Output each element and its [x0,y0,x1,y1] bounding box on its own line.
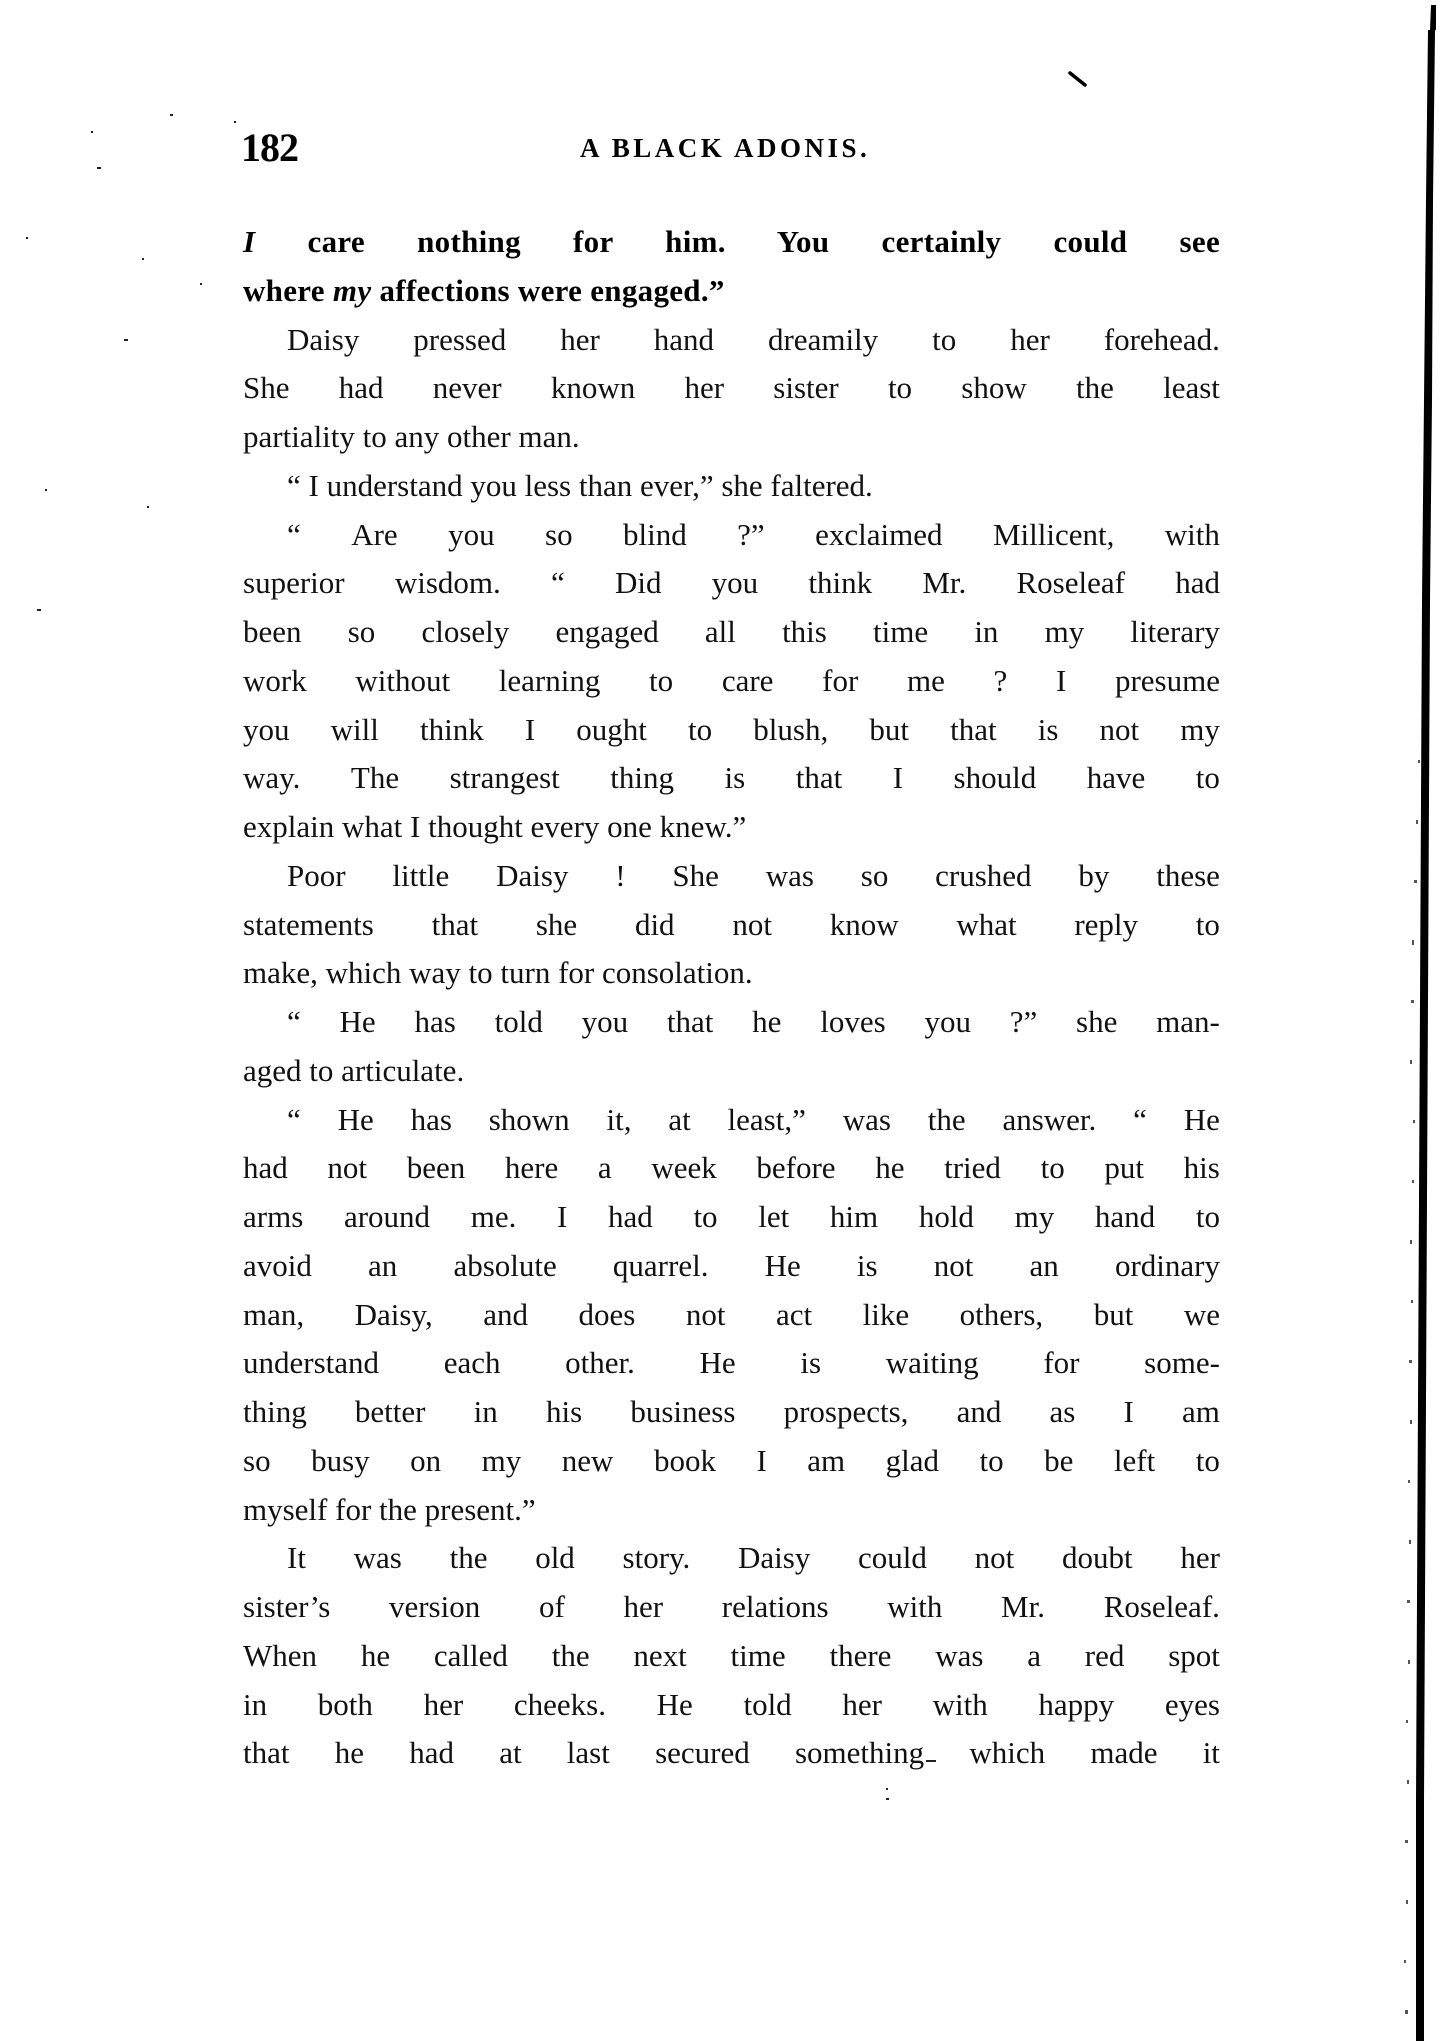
word: blush, [753,706,828,755]
word: presume [1115,657,1220,706]
text-line: superiorwisdom.“DidyouthinkMr.Roseleafha… [243,559,1220,608]
word: red [1085,1632,1125,1681]
word: has [414,998,455,1047]
word: was [843,1096,891,1145]
word: he [361,1632,390,1681]
word: is [800,1339,821,1388]
stray-ink-mark [1068,70,1088,88]
word: but [869,706,909,755]
word: her [1180,1534,1220,1583]
text-line: make, which way to turn for consolation. [243,949,1220,998]
speck [147,506,149,508]
justified-line: Whenhecalledthenexttimetherewasaredspot [243,1632,1220,1681]
justified-line: PoorlittleDaisy!Shewassocrushedbythese [287,852,1220,901]
text-line: statementsthatshedidnotknowwhatreplyto [243,901,1220,950]
text-line: workwithoutlearningtocareforme?Ipresume [243,657,1220,706]
word: does [579,1291,636,1340]
word: without [355,657,450,706]
italic-word: I [243,224,255,259]
word: thing [243,1388,307,1437]
word: will [331,706,379,755]
justified-line: workwithoutlearningtocareforme?Ipresume [243,657,1220,706]
word: blind [623,511,687,560]
speck [886,1788,888,1790]
word: you [448,511,495,560]
word: like [863,1291,910,1340]
word: He [657,1681,693,1730]
body-text: I care nothing for him. You certainly co… [243,218,1220,1778]
word: to [1196,754,1220,803]
word: sister’s [243,1583,330,1632]
justified-line: thathehadatlastsecuredsomethingwhichmade… [243,1729,1220,1778]
word: me. [471,1193,517,1242]
word: ? [994,657,1008,706]
word: his [546,1388,582,1437]
word: to [693,1193,717,1242]
word: did [635,901,675,950]
word: loves [820,998,885,1047]
word: of [539,1583,565,1632]
word: He [338,1096,374,1145]
word: around [344,1193,430,1242]
word: not [975,1534,1015,1583]
word: to [1196,1437,1220,1486]
text-line: Shehadneverknownhersistertoshowtheleast [243,364,1220,413]
word: he [752,998,781,1047]
word: doubt [1062,1534,1133,1583]
word: it [1203,1729,1220,1778]
word: so [348,608,376,657]
word: shown [489,1096,570,1145]
text-line: avoidanabsolutequarrel.Heisnotanordinary [243,1242,1220,1291]
text-line: myself for the present.” [243,1486,1220,1535]
speck [170,114,173,116]
word: act [776,1291,812,1340]
word: this [782,608,827,657]
word: had [608,1193,653,1242]
word: She [243,364,290,413]
word: for [1043,1339,1079,1388]
text-line: where my affections were engaged.” [243,267,1220,316]
speck [234,121,236,123]
word: so [861,852,889,901]
word: there [829,1632,891,1681]
word: all [705,608,736,657]
speck [124,339,128,341]
word: It [287,1534,306,1583]
word: I [1056,657,1066,706]
word: ! [615,852,625,901]
justified-line: inbothhercheeks.Hetoldherwithhappyeyes [243,1681,1220,1730]
page-number: 182 [241,126,298,170]
word: in [474,1388,498,1437]
justified-line: Daisypressedherhanddreamilytoherforehead… [287,316,1220,365]
word: He [1184,1096,1220,1145]
text-line: I care nothing for him. You certainly co… [243,218,1220,267]
word: was [354,1534,402,1583]
justified-line: superiorwisdom.“DidyouthinkMr.Roseleafha… [243,559,1220,608]
word: relations [722,1583,829,1632]
word: He [340,998,376,1047]
word: so [243,1437,271,1486]
word: wisdom. [395,559,501,608]
word: with [933,1681,988,1730]
word: his [1184,1144,1220,1193]
word: the [928,1096,966,1145]
word: eyes [1165,1681,1220,1730]
word: busy [311,1437,370,1486]
text-line: understandeachother.Heiswaitingforsome- [243,1339,1220,1388]
word: statements [243,901,374,950]
word: other. [565,1339,635,1388]
speck [91,131,93,133]
word: Are [351,511,397,560]
word: I [557,1193,567,1242]
speck [97,167,101,169]
word: let [758,1193,789,1242]
word: that [667,998,714,1047]
justified-line: way.ThestrangestthingisthatIshouldhaveto [243,754,1220,803]
word: and [483,1291,528,1340]
word: understand [243,1339,379,1388]
text-line: thingbetterinhisbusinessprospects,andasI… [243,1388,1220,1437]
word: her [1010,316,1050,365]
word: ?” [1010,998,1038,1047]
text-line: Whenhecalledthenexttimetherewasaredspot [243,1632,1220,1681]
word: have [1087,754,1146,803]
word: to [932,316,956,365]
word: care [722,657,774,706]
word: a [1027,1632,1041,1681]
running-head: 182 A BLACK ADONIS. [0,126,1456,170]
word: The [351,754,399,803]
word: these [1156,852,1220,901]
word: avoid [243,1242,312,1291]
text-line: “Hehasshownit,atleast,”wastheanswer.“He [243,1096,1220,1145]
word: “ [287,1096,301,1145]
text-line: sobusyonmynewbookIamgladtobeleftto [243,1437,1220,1486]
word: had [409,1729,454,1778]
word: spot [1168,1632,1220,1681]
word: ?” [737,511,765,560]
speck [37,609,41,611]
word: “ [287,511,301,560]
word: something [795,1729,924,1778]
word: not [327,1144,367,1193]
word: he [875,1144,904,1193]
speck [142,258,144,260]
word: was [766,852,814,901]
word: the [1076,364,1114,413]
justified-line: avoidanabsolutequarrel.Heisnotanordinary [243,1242,1220,1291]
word: he [335,1729,364,1778]
word: glad [886,1437,939,1486]
speck [45,489,47,491]
word: with [887,1583,942,1632]
text-line: “ I understand you less than ever,” she … [243,462,1220,511]
word: in [243,1681,267,1730]
word: had [243,1144,288,1193]
word: not [1100,706,1140,755]
word: not [934,1242,974,1291]
word: as [1050,1388,1076,1437]
word: others, [960,1291,1044,1340]
running-title: A BLACK ADONIS. [580,130,890,166]
word: story. [623,1534,691,1583]
word: show [961,364,1026,413]
word: and [957,1388,1002,1437]
word: could [858,1534,927,1583]
word: by [1078,852,1109,901]
word: at [668,1096,690,1145]
word: Daisy [738,1534,810,1583]
word: Daisy, [355,1291,433,1340]
word: my [1180,706,1220,755]
word: am [1182,1388,1220,1437]
word: ought [576,706,647,755]
word: better [355,1388,426,1437]
word: to [688,706,712,755]
word: that [243,1729,290,1778]
word: When [243,1632,317,1681]
word: the [450,1534,488,1583]
word: least,” [728,1096,806,1145]
word: answer. [1002,1096,1096,1145]
speck [926,1760,936,1762]
word: she [1076,998,1117,1047]
word: you [582,998,629,1047]
word: business [630,1388,735,1437]
word: secured [655,1729,750,1778]
word: in [974,608,998,657]
word: hold [919,1193,974,1242]
word: strangest [450,754,560,803]
word: my [482,1437,522,1486]
word: waiting [886,1339,979,1388]
word: absolute [453,1242,556,1291]
word: never [433,364,502,413]
word: Mr. [922,559,966,608]
word: me [907,657,945,706]
word: Mr. [1001,1583,1045,1632]
justified-line: youwillthinkIoughttoblush,butthatisnotmy [243,706,1220,755]
text-line: aged to articulate. [243,1047,1220,1096]
word: for [822,657,858,706]
word: dreamily [768,316,878,365]
word: sister [773,364,838,413]
text-line: armsaroundme.Ihadtolethimholdmyhandto [243,1193,1220,1242]
word: old [535,1534,575,1583]
word: to [980,1437,1004,1486]
word: not [686,1291,726,1340]
word: her [842,1681,882,1730]
word: prospects, [784,1388,909,1437]
word: engaged [555,608,658,657]
word: each [444,1339,501,1388]
word: time [873,608,928,657]
word: arms [243,1193,303,1242]
justified-line: statementsthatshedidnotknowwhatreplyto [243,901,1220,950]
text-line: Daisypressedherhanddreamilytoherforehead… [243,316,1220,365]
justified-line: “Areyousoblind?”exclaimedMillicent,with [287,511,1220,560]
word: is [725,754,746,803]
word: Roseleaf [1017,559,1125,608]
word: tried [944,1144,1001,1193]
word: has [411,1096,452,1145]
word: my [1015,1193,1055,1242]
word: least [1163,364,1220,413]
text-line: “Areyousoblind?”exclaimedMillicent,with [243,511,1220,560]
word: I [756,1437,766,1486]
word: here [505,1144,558,1193]
justified-line: Shehadneverknownhersistertoshowtheleast [243,364,1220,413]
word: work [243,657,307,706]
word: cheeks. [514,1681,606,1730]
italic-word: my [333,273,371,308]
word: think [808,559,872,608]
word: her [684,364,724,413]
word: told [743,1681,791,1730]
word: not [732,901,772,950]
word: you [243,706,290,755]
word: known [551,364,635,413]
word: we [1184,1291,1220,1340]
word: learning [499,657,601,706]
word: that [796,754,843,803]
text-line: PoorlittleDaisy!Shewassocrushedbythese [243,852,1220,901]
speck [886,1798,889,1800]
word: little [392,852,449,901]
word: forehead. [1104,316,1220,365]
word: ordinary [1115,1242,1220,1291]
word: “ [551,559,565,608]
word: Poor [287,852,346,901]
word: to [1196,1193,1220,1242]
word: him [830,1193,878,1242]
justified-line: sister’sversionofherrelationswithMr.Rose… [243,1583,1220,1632]
text-line: inbothhercheeks.Hetoldherwithhappyeyes [243,1681,1220,1730]
word: Roseleaf. [1104,1583,1220,1632]
word: an [368,1242,397,1291]
word: reply [1074,901,1138,950]
word: but [1094,1291,1134,1340]
word: know [830,901,899,950]
word: to [1041,1144,1065,1193]
word: which [969,1729,1045,1778]
word: at [499,1729,521,1778]
word: is [857,1242,878,1291]
word: think [420,706,484,755]
word: closely [421,608,509,657]
word: last [567,1729,610,1778]
word: before [756,1144,835,1193]
speck [26,237,28,239]
word: He [765,1242,801,1291]
word: that [432,901,479,950]
word: called [434,1632,508,1681]
word: be [1044,1437,1073,1486]
justified-line: armsaroundme.Ihadtolethimholdmyhandto [243,1193,1220,1242]
word: version [389,1583,480,1632]
word: her [623,1583,663,1632]
text-line: hadnotbeenhereaweekbeforehetriedtoputhis [243,1144,1220,1193]
word: had [339,364,384,413]
word: you [712,559,759,608]
word: He [700,1339,736,1388]
word: on [410,1437,441,1486]
justified-line: understandeachother.Heiswaitingforsome- [243,1339,1220,1388]
word: an [1030,1242,1059,1291]
word: should [954,754,1037,803]
word: with [1165,511,1220,560]
justified-line: man,Daisy,anddoesnotactlikeothers,butwe [243,1291,1220,1340]
speck [200,283,202,285]
word: thing [610,754,674,803]
word: hand [654,316,714,365]
word: her [560,316,600,365]
word: happy [1038,1681,1114,1730]
justified-line: “Hehastoldyouthathelovesyou?”sheman- [287,998,1220,1047]
word: hand [1095,1193,1155,1242]
word: superior [243,559,345,608]
justified-line: Itwastheoldstory.Daisycouldnotdoubther [287,1534,1220,1583]
text-line: “Hehastoldyouthathelovesyou?”sheman- [243,998,1220,1047]
justified-line: sobusyonmynewbookIamgladtobeleftto [243,1437,1220,1486]
word: Millicent, [993,511,1114,560]
word: exclaimed [815,511,942,560]
word: quarrel. [613,1242,709,1291]
word: some- [1144,1339,1220,1388]
justified-line: thingbetterinhisbusinessprospects,andasI… [243,1388,1220,1437]
word: she [536,901,577,950]
word: so [545,511,573,560]
word: my [1045,608,1085,657]
word: I [525,706,535,755]
word: literary [1130,608,1220,657]
word: week [651,1144,716,1193]
text-line: Itwastheoldstory.Daisycouldnotdoubther [243,1534,1220,1583]
justified-line: “Hehasshownit,atleast,”wastheanswer.“He [287,1096,1220,1145]
word: next [633,1632,686,1681]
word: man- [1156,998,1220,1047]
word: left [1114,1437,1155,1486]
word: new [562,1437,614,1486]
word: put [1104,1144,1144,1193]
word: you [924,998,971,1047]
word: Daisy [287,316,359,365]
text-line: sister’sversionofherrelationswithMr.Rose… [243,1583,1220,1632]
word: made [1090,1729,1157,1778]
text-line: man,Daisy,anddoesnotactlikeothers,butwe [243,1291,1220,1340]
word: way. [243,754,300,803]
justified-line: hadnotbeenhereaweekbeforehetriedtoputhis [243,1144,1220,1193]
word: the [552,1632,590,1681]
word: I [1124,1388,1134,1437]
word: I [893,754,903,803]
binding-edge-shadow [1400,0,1456,2041]
word: been [243,608,302,657]
word: was [935,1632,983,1681]
text-line: beensocloselyengagedallthistimeinmyliter… [243,608,1220,657]
word: crushed [935,852,1031,901]
word: time [731,1632,786,1681]
word: to [1196,901,1220,950]
text-line: thathehadatlastsecuredsomethingwhichmade… [243,1729,1220,1778]
word: pressed [413,316,506,365]
word: it, [607,1096,632,1145]
book-page: 182 A BLACK ADONIS. I care nothing for h… [0,0,1456,2041]
text-line: explain what I thought every one knew.” [243,803,1220,852]
